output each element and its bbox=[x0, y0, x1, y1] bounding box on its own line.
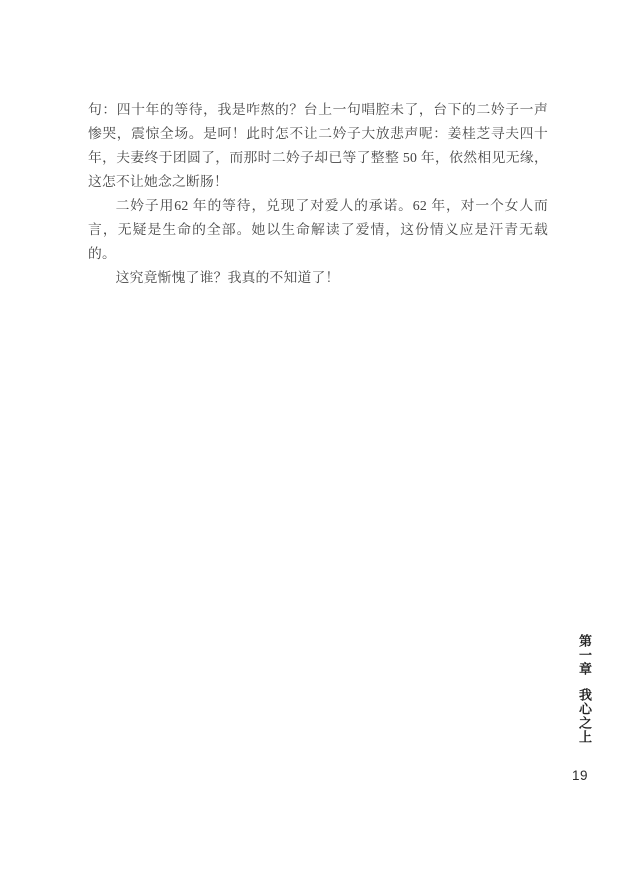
body-text-block: 句：四十年的等待，我是咋熬的？台上一句唱腔未了，台下的二妗子一声惨哭，震惊全场。… bbox=[88, 98, 548, 290]
chapter-marker: 第一章我心之上 bbox=[577, 634, 591, 744]
chapter-title: 我心之上 bbox=[577, 688, 592, 744]
chapter-number: 第一章 bbox=[577, 634, 592, 676]
paragraph: 二妗子用62 年的等待，兑现了对爱人的承诺。62 年，对一个女人而言，无疑是生命… bbox=[88, 194, 548, 266]
paragraph: 句：四十年的等待，我是咋熬的？台上一句唱腔未了，台下的二妗子一声惨哭，震惊全场。… bbox=[88, 98, 548, 194]
page-number: 19 bbox=[572, 768, 588, 783]
book-page: { "content": { "paragraphs": [ { "indent… bbox=[0, 0, 634, 891]
paragraph: 这究竟惭愧了谁？我真的不知道了！ bbox=[88, 266, 548, 290]
